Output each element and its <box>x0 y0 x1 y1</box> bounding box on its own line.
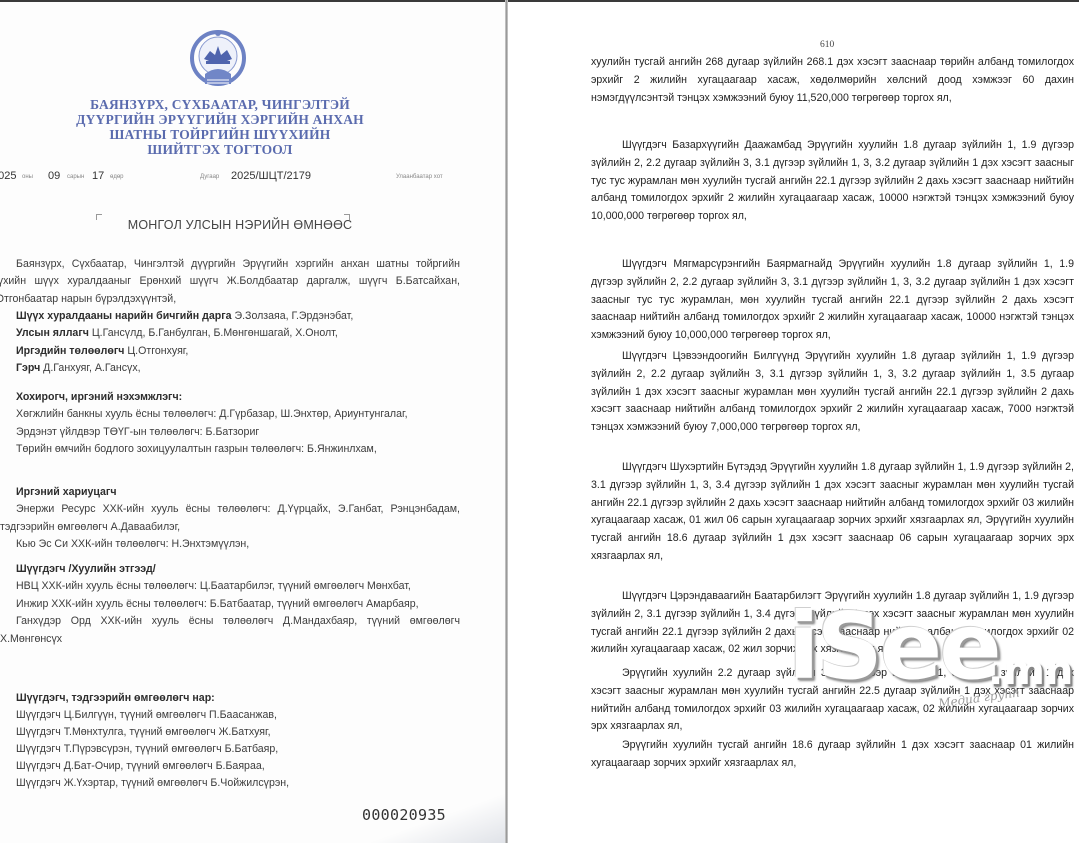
section-line: Төрийн өмчийн бодлого зохицуулалтын газр… <box>0 441 460 458</box>
participant-row: Улсын яллагч Ц.Гансүлд, Б.Ганбулган, Б.М… <box>0 325 460 342</box>
page-number: 610 <box>820 40 834 50</box>
section-legal-entity-defendants: Шүүгдэгч /Хуулийн этгээд/ НВЦ ХХК-ийн ху… <box>0 561 460 648</box>
court-title-line: ШИЙТГЭХ ТОГТООЛ <box>60 142 380 157</box>
page-curl-shadow <box>365 783 505 843</box>
court-title: БАЯНЗҮРХ, СҮХБААТАР, ЧИНГЭЛТЭЙ ДҮҮРГИЙН … <box>60 97 380 157</box>
state-emblem-icon <box>187 28 249 94</box>
defendant-row: Шүүгдэгч Т.Мөнхтулга, түүний өмгөөлөгч Ж… <box>0 724 460 741</box>
participant-row: Гэрч Д.Ганхуяг, А.Гансүх, <box>0 360 460 377</box>
date-month-label: сарын <box>67 174 84 180</box>
defendant-row: Шүүгдэгч Д.Бат-Очир, түүний өмгөөлөгч Б.… <box>0 758 460 775</box>
verdict-paragraph: хуулийн тусгай ангийн 268 дугаар зүйлийн… <box>591 54 1074 107</box>
verdict-paragraph: Шүүгдэгч Базархүүгийн Даажамбад Эрүүгийн… <box>591 137 1074 226</box>
verdict-paragraph: Эрүүгийн хуулийн тусгай ангийн 18.6 дуга… <box>591 737 1074 773</box>
verdict-paragraph: Эрүүгийн хуулийн 2.2 дугаар зүйлийн 3, 3… <box>591 665 1074 736</box>
section-line: Инжир ХХК-ийн хууль ёсны төлөөлөгч: Б.Ба… <box>0 596 460 613</box>
left-document-page: БАЯНЗҮРХ, СҮХБААТАР, ЧИНГЭЛТЭЙ ДҮҮРГИЙН … <box>0 2 505 843</box>
section-heading: Хохирогч, иргэний нэхэмжлэгч: <box>0 389 460 406</box>
defendant-row: Шүүгдэгч Т.Пүрэвсүрэн, түүний өмгөөлөгч … <box>0 741 460 758</box>
verdict-paragraph: Шүүгдэгч Шухэртийн Бүтэдэд Эрүүгийн хуул… <box>591 459 1074 566</box>
document-meta-row: 2025 оны 09 сарын 17 өдөр Дугаар 2025/ШЦ… <box>0 170 500 184</box>
section-heading: Иргэний хариуцагч <box>0 484 460 501</box>
defendant-row: Шүүгдэгч Ц.Билгүүн, түүний өмгөөлөгч П.Б… <box>0 707 460 724</box>
defendants-block: Шүүгдэгч, тэдгээрийн өмгөөлөгч нар: Шүүг… <box>0 690 460 792</box>
verdict-paragraph: Шүүгдэгч Цэвээндоогийн Билгүүнд Эрүүгийн… <box>591 348 1074 437</box>
document-number: 2025/ШЦТ/2179 <box>231 170 311 182</box>
intro-paragraph: Баянзүрх, Сүхбаатар, Чингэлтэй дүүргийн … <box>0 256 460 308</box>
section-line: Ганхүдэр Орд ХХК-ийн хууль ёсны төлөөлөг… <box>0 613 460 648</box>
section-victims: Хохирогч, иргэний нэхэмжлэгч: Хөгжлийн б… <box>0 389 460 459</box>
verdict-paragraph: Шүүгдэгч Мягмарсүрэнгийн Баярмагнайд Эрү… <box>591 256 1074 345</box>
city-label: Улаанбаатар хот <box>396 174 443 180</box>
section-line: НВЦ ХХК-ийн хууль ёсны төлөөлөгч: Ц.Баат… <box>0 578 460 595</box>
section-line: Кью Эс Си ХХК-ийн төлөөлөгч: Н.Энхтэмүүл… <box>0 536 460 553</box>
number-label: Дугаар <box>200 174 219 180</box>
date-month: 09 <box>48 170 60 182</box>
nation-heading: МОНГОЛ УЛСЫН НЭРИЙН ӨМНӨӨС <box>100 218 380 232</box>
participant-row: Шүүх хуралдааны нарийн бичгийн дарга Э.З… <box>0 308 460 325</box>
court-title-line: БАЯНЗҮРХ, СҮХБААТАР, ЧИНГЭЛТЭЙ <box>60 97 380 112</box>
section-heading: Шүүгдэгч, тэдгээрийн өмгөөлөгч нар: <box>0 690 460 707</box>
participants-block: Шүүх хуралдааны нарийн бичгийн дарга Э.З… <box>0 308 460 378</box>
verdict-paragraph: Шүүгдэгч Цэрэндаваагийн Баатарбилэгт Эрү… <box>591 588 1074 659</box>
section-heading: Шүүгдэгч /Хуулийн этгээд/ <box>0 561 460 578</box>
section-line: Эрдэнэт үйлдвэр ТӨҮГ-ын төлөөлөгч: Б.Бат… <box>0 424 460 441</box>
section-line: Хөгжлийн банкны хууль ёсны төлөөлөгч: Д.… <box>0 406 460 423</box>
date-year-label: оны <box>22 174 33 180</box>
court-title-line: ШАТНЫ ТОЙРГИЙН ШҮҮХИЙН <box>60 127 380 142</box>
intro-block: Баянзүрх, Сүхбаатар, Чингэлтэй дүүргийн … <box>0 256 460 308</box>
section-civil-defendant: Иргэний хариуцагч Энержи Ресурс ХХК-ийн … <box>0 484 460 554</box>
section-line: Энержи Ресурс ХХК-ийн хууль ёсны төлөөлө… <box>0 501 460 536</box>
date-day: 17 <box>92 170 104 182</box>
date-day-label: өдөр <box>110 174 124 180</box>
date-year: 2025 <box>0 170 16 182</box>
court-title-line: ДҮҮРГИЙН ЭРҮҮГИЙН ХЭРГИЙН АНХАН <box>60 112 380 127</box>
right-document-page: 610 хуулийн тусгай ангийн 268 дугаар зүй… <box>508 2 1079 843</box>
participant-row: Иргэдийн төлөөлөгч Ц.Отгонхуяг, <box>0 343 460 360</box>
